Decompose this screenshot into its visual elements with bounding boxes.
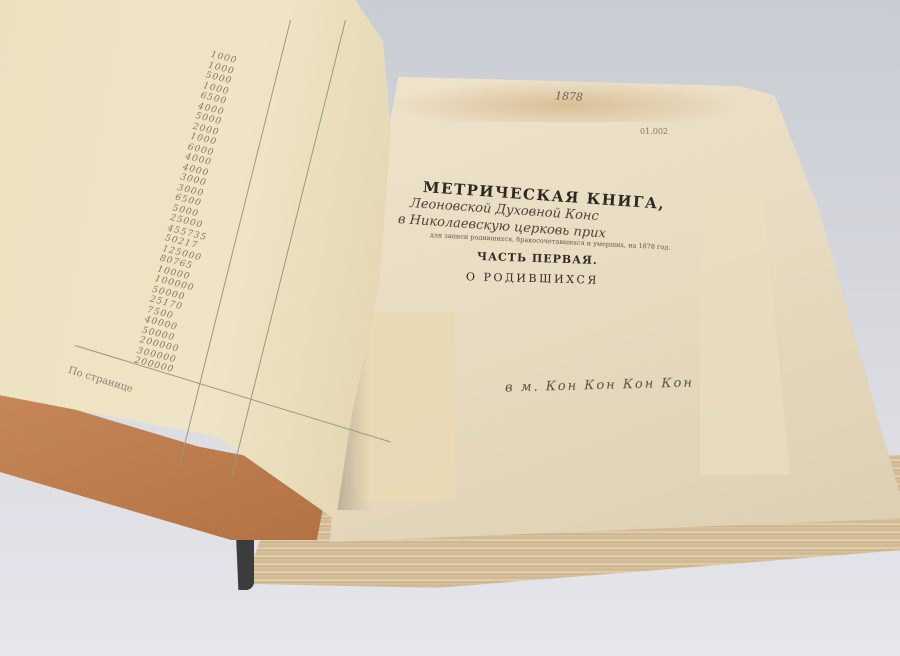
handwritten-year: 1878 (555, 89, 584, 103)
paper-repair-patch (355, 312, 455, 502)
archive-code: 01.002 (640, 127, 668, 136)
